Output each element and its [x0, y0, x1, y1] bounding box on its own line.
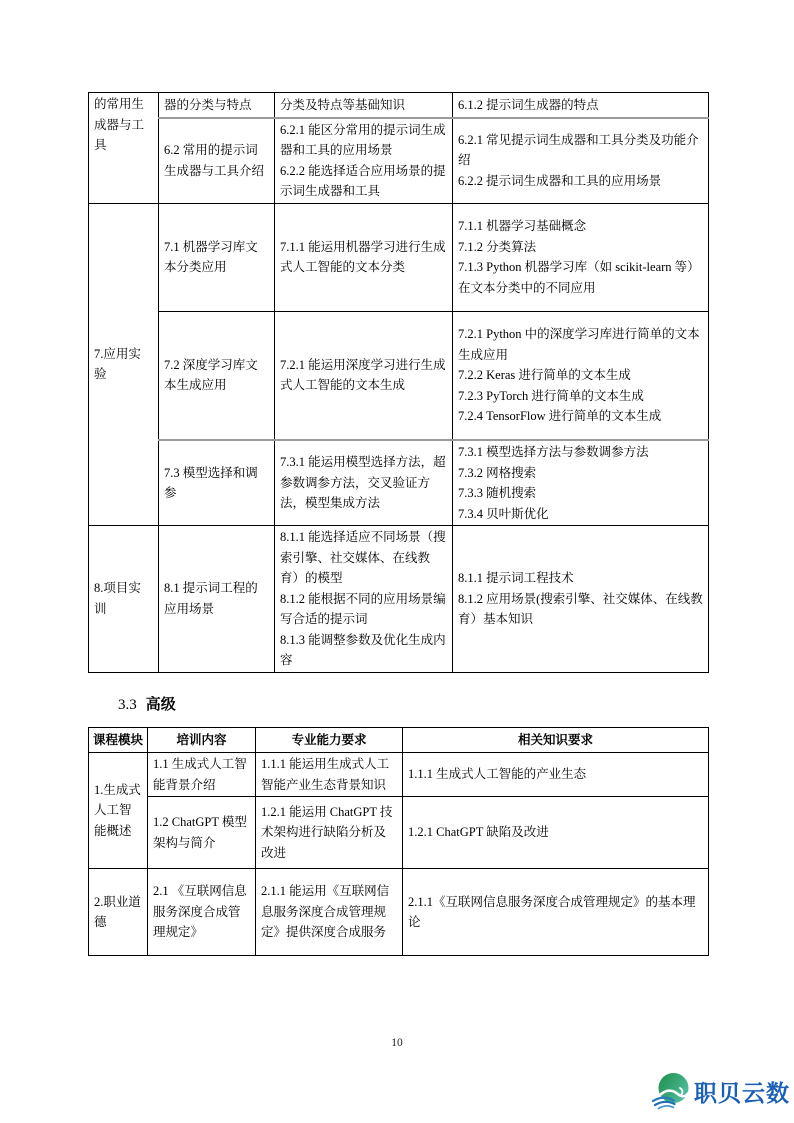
table-row: 7.3 模型选择和调参 7.3.1 能运用模型选择方法，超参数调参方法，交叉验证…	[89, 440, 709, 526]
table-cell: 器的分类与特点	[159, 93, 275, 118]
table-cell: 2.1 《互联网信息服务深度合成管理规定》	[148, 869, 256, 956]
table-cell: 7.1.1 机器学习基础概念 7.1.2 分类算法 7.1.3 Python 机…	[453, 203, 709, 311]
table-row: 的常用生成器与工具 器的分类与特点 分类及特点等基础知识 6.1.2 提示词生成…	[89, 93, 709, 118]
table-cell: 1.1 生成式人工智能背景介绍	[148, 753, 256, 797]
table-upper: 的常用生成器与工具 器的分类与特点 分类及特点等基础知识 6.1.2 提示词生成…	[88, 92, 709, 673]
table-cell: 1.2.1 ChatGPT 缺陷及改进	[403, 797, 709, 869]
table-cell: 8.1 提示词工程的应用场景	[159, 526, 275, 673]
table-cell: 8.项目实训	[89, 526, 159, 673]
logo-wave-globe-icon	[651, 1071, 691, 1116]
table-cell: 8.1.1 提示词工程技术 8.1.2 应用场景(搜索引擎、社交媒体、在线教育）…	[453, 526, 709, 673]
table-cell: 分类及特点等基础知识	[275, 93, 453, 118]
table-cell: 8.1.1 能选择适应不同场景（搜索引擎、社交媒体、在线教育）的模型 8.1.2…	[275, 526, 453, 673]
table-row: 1.2 ChatGPT 模型架构与简介 1.2.1 能运用 ChatGPT 技术…	[89, 797, 709, 869]
table-row: 7.2 深度学习库文本生成应用 7.2.1 能运用深度学习进行生成式人工智能的文…	[89, 311, 709, 440]
table-row: 2.职业道德 2.1 《互联网信息服务深度合成管理规定》 2.1.1 能运用《互…	[89, 869, 709, 956]
table-cell: 1.生成式人工智能概述	[89, 753, 148, 869]
table-cell: 6.2 常用的提示词生成器与工具介绍	[159, 118, 275, 204]
table-cell: 7.3 模型选择和调参	[159, 440, 275, 526]
table-cell: 7.1.1 能运用机器学习进行生成式人工智能的文本分类	[275, 203, 453, 311]
table-cell: 的常用生成器与工具	[89, 93, 159, 204]
table-cell: 7.2.1 Python 中的深度学习库进行简单的文本生成应用 7.2.2 Ke…	[453, 311, 709, 440]
footer-logo: 职贝云数	[651, 1073, 790, 1113]
column-header: 专业能力要求	[256, 728, 403, 753]
table-cell: 7.3.1 模型选择方法与参数调参方法 7.3.2 网格搜索 7.3.3 随机搜…	[453, 440, 709, 526]
section-title: 高级	[146, 696, 176, 713]
section-heading: 3.3高级	[118, 694, 176, 716]
table-cell: 1.2.1 能运用 ChatGPT 技术架构进行缺陷分析及改进	[256, 797, 403, 869]
table-cell: 7.3.1 能运用模型选择方法，超参数调参方法，交叉验证方法，模型集成方法	[275, 440, 453, 526]
table-cell: 6.1.2 提示词生成器的特点	[453, 93, 709, 118]
table-cell: 7.2.1 能运用深度学习进行生成式人工智能的文本生成	[275, 311, 453, 440]
table-cell: 7.1 机器学习库文本分类应用	[159, 203, 275, 311]
table-row: 7.应用实验 7.1 机器学习库文本分类应用 7.1.1 能运用机器学习进行生成…	[89, 203, 709, 311]
column-header: 课程模块	[89, 728, 148, 753]
table-cell: 2.职业道德	[89, 869, 148, 956]
table-cell: 2.1.1 能运用《互联网信息服务深度合成管理规定》提供深度合成服务	[256, 869, 403, 956]
table-header-row: 课程模块 培训内容 专业能力要求 相关知识要求	[89, 728, 709, 753]
table-cell: 1.2 ChatGPT 模型架构与简介	[148, 797, 256, 869]
table-cell: 6.2.1 常见提示词生成器和工具分类及功能介绍 6.2.2 提示词生成器和工具…	[453, 118, 709, 204]
table-row: 6.2 常用的提示词生成器与工具介绍 6.2.1 能区分常用的提示词生成器和工具…	[89, 118, 709, 204]
table-cell: 6.2.1 能区分常用的提示词生成器和工具的应用场景 6.2.2 能选择适合应用…	[275, 118, 453, 204]
section-number: 3.3	[118, 697, 137, 713]
column-header: 培训内容	[148, 728, 256, 753]
table-cell: 1.1.1 能运用生成式人工智能产业生态背景知识	[256, 753, 403, 797]
table-cell: 7.2 深度学习库文本生成应用	[159, 311, 275, 440]
table-row: 1.生成式人工智能概述 1.1 生成式人工智能背景介绍 1.1.1 能运用生成式…	[89, 753, 709, 797]
table-lower: 课程模块 培训内容 专业能力要求 相关知识要求 1.生成式人工智能概述 1.1 …	[88, 727, 709, 956]
table-row: 8.项目实训 8.1 提示词工程的应用场景 8.1.1 能选择适应不同场景（搜索…	[89, 526, 709, 673]
table-cell: 2.1.1《互联网信息服务深度合成管理规定》的基本理论	[403, 869, 709, 956]
page-number: 10	[0, 1037, 794, 1049]
logo-text: 职贝云数	[694, 1073, 790, 1113]
column-header: 相关知识要求	[403, 728, 709, 753]
table-cell: 1.1.1 生成式人工智能的产业生态	[403, 753, 709, 797]
table-cell: 7.应用实验	[89, 203, 159, 526]
